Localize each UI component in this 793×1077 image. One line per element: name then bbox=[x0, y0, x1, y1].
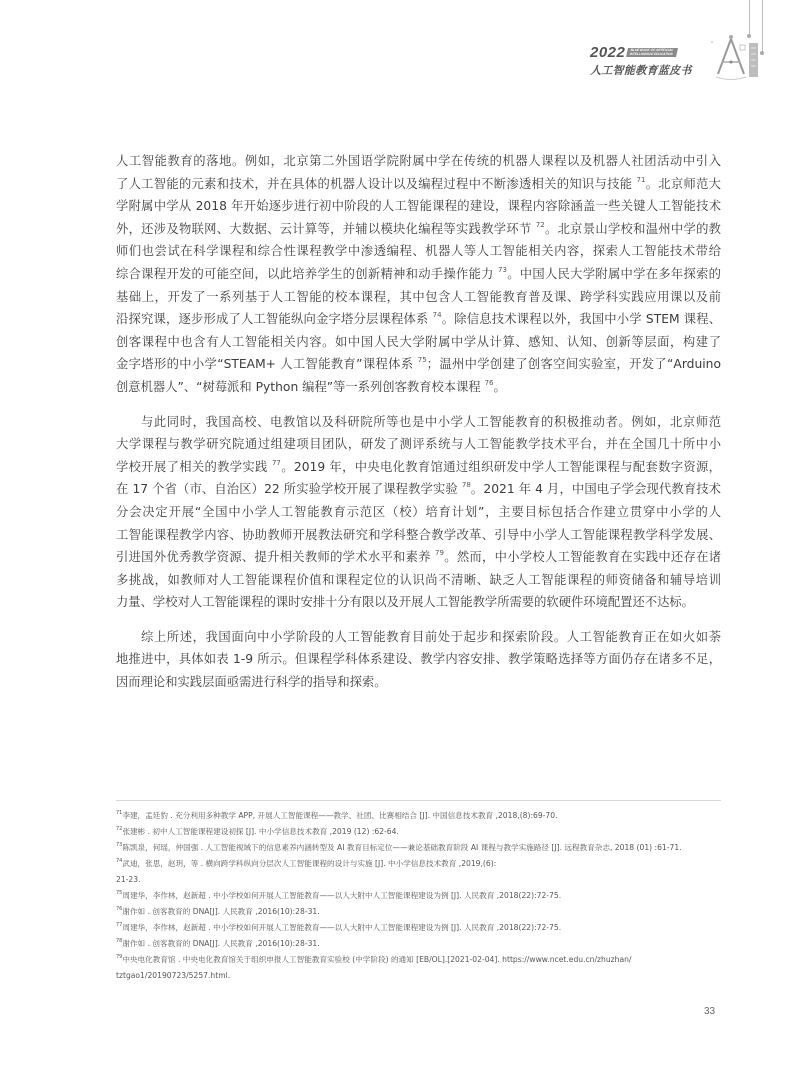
footnote-number: 79 bbox=[116, 954, 122, 960]
text-line: 综上所述，我国面向中小学阶段的人工智能教育目前处于起步和探索阶段。人工智能教育正… bbox=[116, 626, 721, 649]
footnote-ref[interactable]: 71 bbox=[637, 176, 646, 184]
text-line: 学校开展了相关的教学实践 77。2019 年，中央电化教育馆通过组织研发中学人工… bbox=[116, 456, 721, 479]
footnote-ref[interactable]: 74 bbox=[433, 311, 442, 319]
footnote-ref[interactable]: 77 bbox=[272, 459, 281, 467]
footnote-item: tztgao1/20190723/5257.html. bbox=[116, 968, 721, 984]
footnote-ref[interactable]: 72 bbox=[536, 221, 545, 229]
footnote-item: 21-23. bbox=[116, 872, 721, 888]
footnote-ref[interactable]: 78 bbox=[462, 481, 471, 489]
footnote-item: 71李建，孟廷豹 . 充分利用多种教学 APP, 开展人工智能课程——教学、社团… bbox=[116, 808, 721, 824]
page-number: 33 bbox=[704, 1006, 715, 1017]
text-line: 引进国外优秀教学资源、提升相关教师的学术水平和素养 79。然而，中小学校人工智能… bbox=[116, 546, 721, 569]
text-line: 因而理论和实践层面亟需进行科学的指导和探索。 bbox=[116, 671, 721, 694]
footnote-item: 78谢作如 . 创客教育的 DNA[J]. 人民教育 ,2016(10):28-… bbox=[116, 936, 721, 952]
footnote-number: 78 bbox=[116, 938, 122, 944]
text-line: 金字塔形的中小学“STEAM+ 人工智能教育”课程体系 75；温州中学创建了创客… bbox=[116, 353, 721, 376]
header-year: 2022 bbox=[590, 44, 625, 61]
footnote-ref[interactable]: 79 bbox=[435, 549, 444, 557]
footnote-number: 76 bbox=[116, 906, 122, 912]
header-badge: BLUE BOOK OF ARTIFICIAL INTELLIGENCE EDU… bbox=[626, 48, 678, 57]
decorative-line bbox=[762, 0, 763, 52]
footnote-ref[interactable]: 75 bbox=[418, 356, 427, 364]
footnote-number: 74 bbox=[116, 858, 122, 864]
footnotes: 71李建，孟廷豹 . 充分利用多种教学 APP, 开展人工智能课程——教学、社团… bbox=[116, 808, 721, 984]
footnote-item: 73陈凯泉，何瑶，仲国强 . 人工智能视域下的信息素养内涵转型及 AI 教育目标… bbox=[116, 840, 721, 856]
text-line: 人工智能教育的落地。例如，北京第二外国语学院附属中学在传统的机器人课程以及机器人… bbox=[116, 150, 721, 173]
compass-ruler-ai-icon bbox=[688, 30, 778, 82]
text-line: 师们也尝试在科学课程和综合性课程教学中渗透编程、机器人等人工智能相关内容，探索人… bbox=[116, 240, 721, 263]
text-line: 了人工智能的元素和技术，并在具体的机器人设计以及编程过程中不断渗透相关的知识与技… bbox=[116, 173, 721, 196]
decorative-dot bbox=[747, 34, 751, 38]
text-line: 外，还涉及物联网、大数据、云计算等，并辅以模块化编程等实践教学环节 72。北京景… bbox=[116, 218, 721, 241]
footnote-number: 72 bbox=[116, 826, 122, 832]
text-line: 综合课程开发的可能空间，以此培养学生的创新精神和动手操作能力 73。中国人民大学… bbox=[116, 263, 721, 286]
footnote-item: 75周建华，李作林，赵新超 . 中小学校如何开展人工智能教育——以人大附中人工智… bbox=[116, 888, 721, 904]
footnote-item: 74武迪，张思，赵玥，等 . 横向跨学科纵向分层次人工智能课程的设计与实施 [J… bbox=[116, 856, 721, 872]
footnote-item: 76谢作如 . 创客教育的 DNA[J]. 人民教育 ,2016(10):28-… bbox=[116, 904, 721, 920]
text-line: 学附属中学从 2018 年开始逐步进行初中阶段的人工智能课程的建设，课程内容除涵… bbox=[116, 195, 721, 218]
text-line: 大学课程与教学研究院通过组建项目团队，研发了测评系统与人工智能教学技术平台，并在… bbox=[116, 433, 721, 456]
text-line: 地推进中，具体如表 1-9 所示。但课程学科体系建设、教学内容安排、教学策略选择… bbox=[116, 648, 721, 671]
text-line: 沿探究课，逐步形成了人工智能纵向金字塔分层课程体系 74。除信息技术课程以外，我… bbox=[116, 308, 721, 331]
text-line: 多挑战，如教师对人工智能课程价值和课程定位的认识尚不清晰、缺乏人工智能课程的师资… bbox=[116, 569, 721, 592]
footnote-ref[interactable]: 73 bbox=[498, 266, 507, 274]
footnote-number: 71 bbox=[116, 810, 122, 816]
paragraph: 综上所述，我国面向中小学阶段的人工智能教育目前处于起步和探索阶段。人工智能教育正… bbox=[116, 626, 721, 694]
text-line: 力量、学校对人工智能课程的课时安排十分有限以及开展人工智能教学所需要的软硬件环境… bbox=[116, 591, 721, 614]
text-line: 基础上，开发了一系列基于人工智能的校本课程，其中包含人工智能教育普及课、跨学科实… bbox=[116, 286, 721, 309]
decorative-dot bbox=[760, 51, 764, 55]
text-line: 创意机器人”、“树莓派和 Python 编程”等一系列创客教育校本课程 76。 bbox=[116, 376, 721, 399]
paragraph: 人工智能教育的落地。例如，北京第二外国语学院附属中学在传统的机器人课程以及机器人… bbox=[116, 150, 721, 399]
footnote-number: 77 bbox=[116, 922, 122, 928]
text-line: 分会决定开展“全国中小学人工智能教育示范区（校）培育计划”，主要目标包括合作建立… bbox=[116, 501, 721, 524]
footnote-item: 79中央电化教育馆 . 中央电化教育馆关于组织申报人工智能教育实验校 (中学阶段… bbox=[116, 952, 721, 968]
footnote-divider bbox=[116, 800, 721, 801]
paragraph: 与此同时，我国高校、电教馆以及科研院所等也是中小学人工智能教育的积极推动者。例如… bbox=[116, 411, 721, 614]
footnote-item: 77周建华，李作林，赵新超 . 中小学校如何开展人工智能教育——以人大附中人工智… bbox=[116, 920, 721, 936]
footnote-item: 72张建彬 . 初中人工智能课程建设初探 [J]. 中小学信息技术教育 ,201… bbox=[116, 824, 721, 840]
footnote-number: 73 bbox=[116, 842, 122, 848]
footnote-ref[interactable]: 76 bbox=[485, 379, 494, 387]
text-line: 工智能课程教学内容、协助教师开展教法研究和学科整合教学改革、引导中小学人工智能课… bbox=[116, 524, 721, 547]
text-line: 创客课程中也含有人工智能相关内容。如中国人民大学附属中学从计算、感知、认知、创新… bbox=[116, 331, 721, 354]
footnote-number: 75 bbox=[116, 890, 122, 896]
body-text: 人工智能教育的落地。例如，北京第二外国语学院附属中学在传统的机器人课程以及机器人… bbox=[116, 150, 721, 706]
text-line: 与此同时，我国高校、电教馆以及科研院所等也是中小学人工智能教育的积极推动者。例如… bbox=[116, 411, 721, 434]
decorative-line bbox=[749, 0, 750, 34]
text-line: 在 17 个省（市、自治区）22 所实验学校开展了课程教学实验 78。2021 … bbox=[116, 478, 721, 501]
